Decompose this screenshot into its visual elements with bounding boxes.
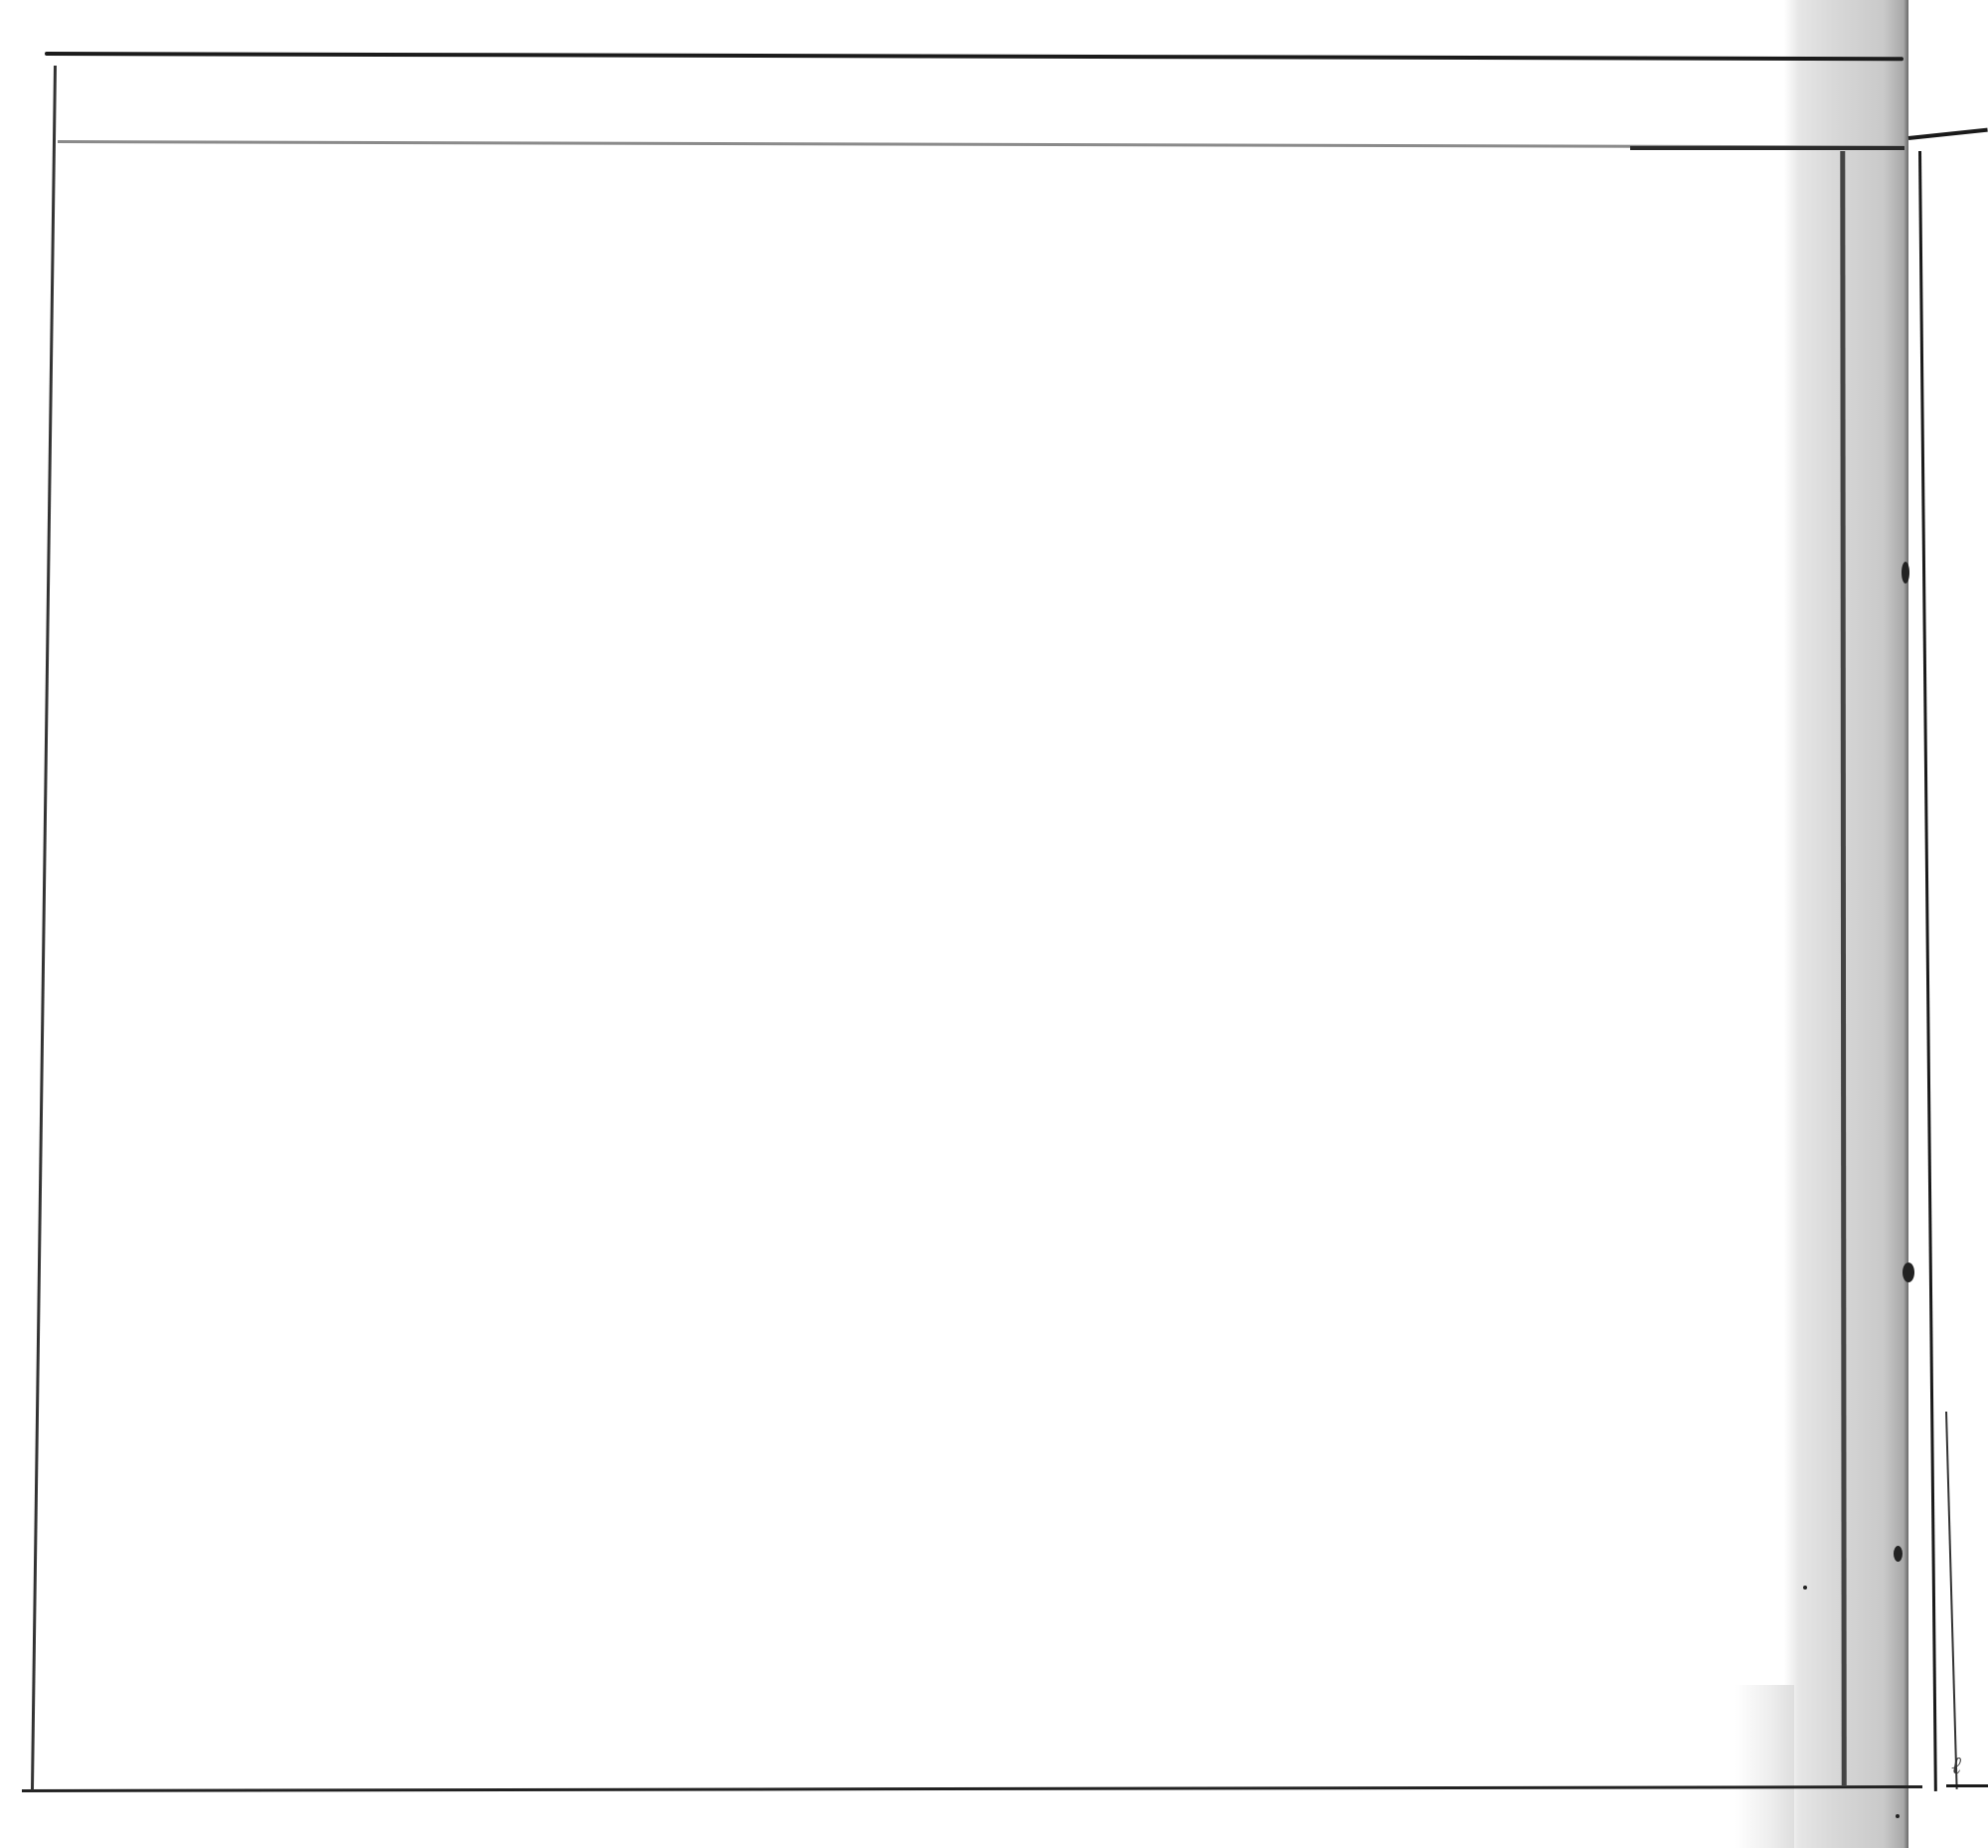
facing-page-bottom-line: [1946, 1784, 1988, 1787]
ink-spot: [1894, 1546, 1903, 1562]
top-rule-line: [45, 52, 1904, 61]
ink-spot: [1803, 1586, 1807, 1590]
ink-spot: [1903, 1262, 1914, 1282]
ink-spot: [1896, 1814, 1900, 1818]
ink-spot: [1902, 562, 1909, 584]
left-margin-line: [31, 66, 57, 1790]
handwritten-mark: ℓ: [1951, 1752, 1961, 1780]
bottom-rule-line: [22, 1785, 1922, 1792]
header-rule-line: [58, 140, 1905, 149]
ledger-page: ℓ: [0, 0, 1988, 1848]
header-rule-line-spine: [1630, 146, 1905, 150]
binding-shadow: [1735, 1685, 1794, 1848]
